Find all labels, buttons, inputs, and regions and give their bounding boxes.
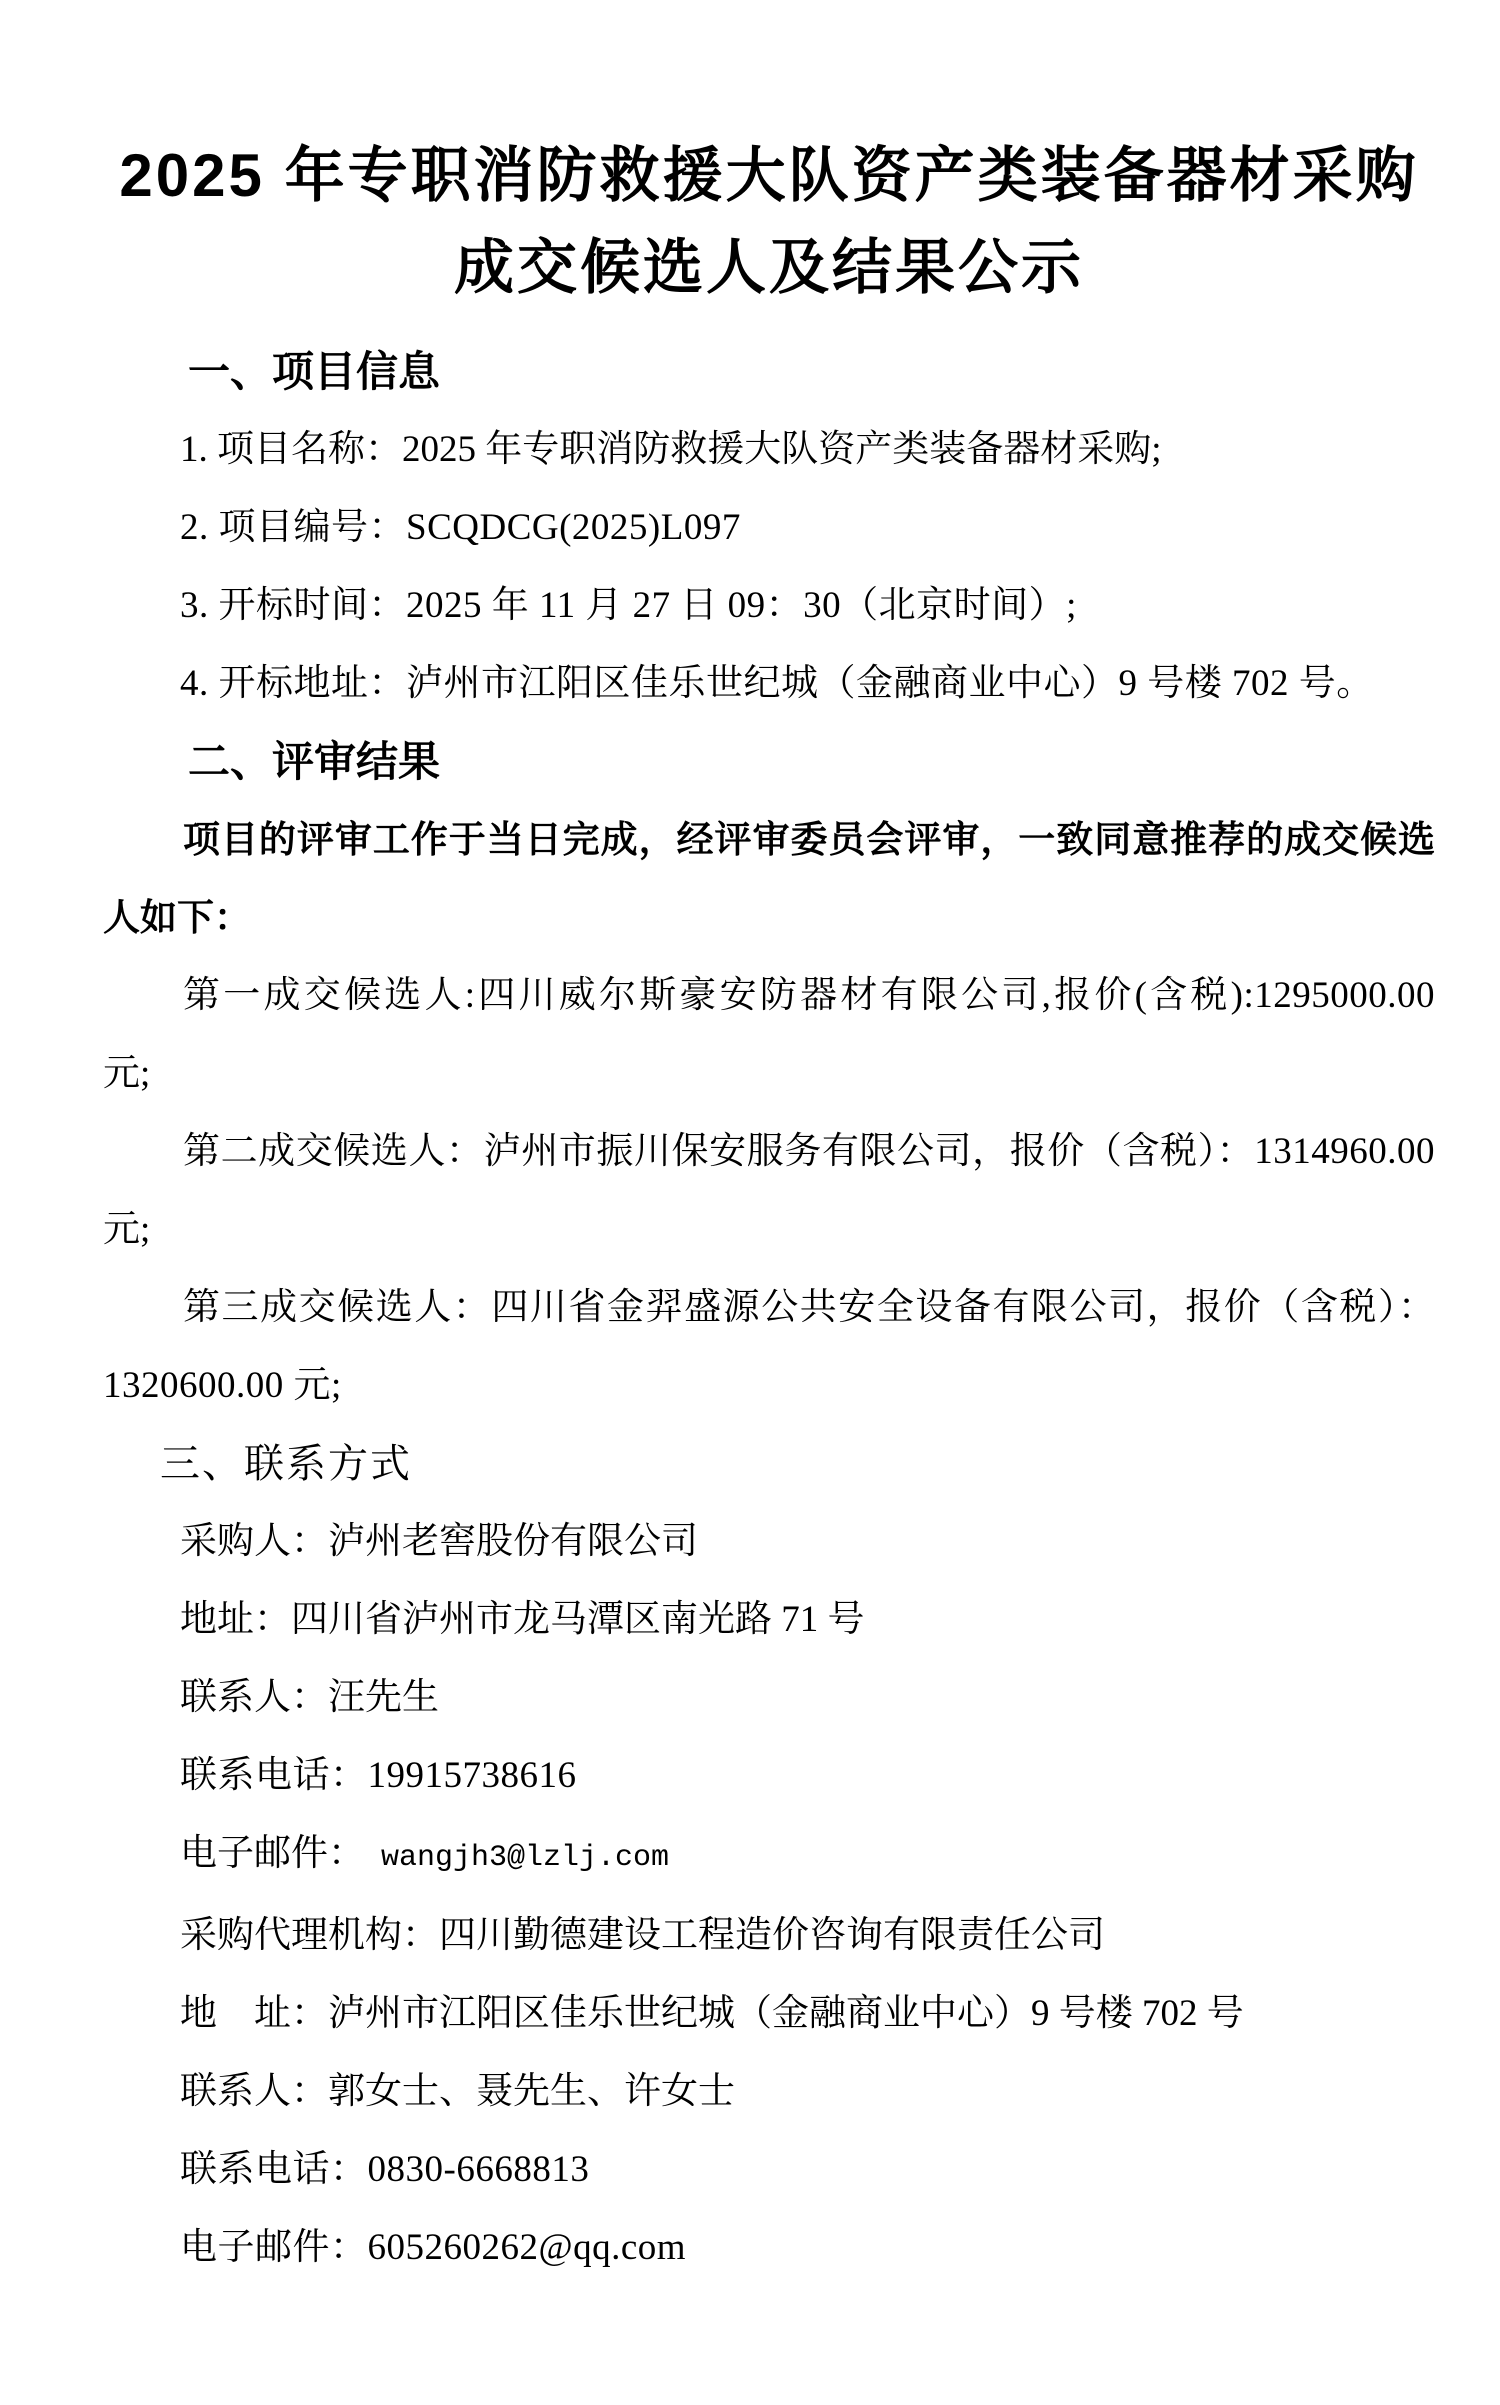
agency-contact-person-label: 联系人： [180,2071,328,2112]
purchaser-email-line: 电子邮件：wangjh3@lzlj.com [103,1815,1435,1897]
section-heading-review-result: 二、评审结果 [103,723,1435,801]
section-heading-contact: 三、联系方式 [103,1425,1435,1503]
purchaser-address-value: 四川省泸州市龙马潭区南光路 71 号 [291,1599,865,1640]
purchaser-email-label: 电子邮件： [180,1833,365,1874]
candidate-3-line-1: 第三成交候选人：四川省金羿盛源公共安全设备有限公司，报价（含税）： [103,1269,1435,1347]
purchaser-email-value: wangjh3@lzlj.com [381,1841,669,1875]
agency-phone-label: 联系电话： [180,2149,368,2190]
agency-contact-person-value: 郭女士、聂先生、许女士 [328,2071,735,2112]
purchaser-phone-value: 19915738616 [368,1755,577,1796]
purchaser-phone-label: 联系电话： [180,1755,368,1796]
review-intro-line-2: 人如下： [103,879,1435,957]
agency-address-line: 地 址：泸州市江阳区佳乐世纪城（金融商业中心）9 号楼 702 号 [103,1975,1435,2053]
candidate-3-line-2: 1320600.00 元; [103,1347,1435,1425]
project-number-line: 2. 项目编号：SCQDCG(2025)L097 [103,489,1435,567]
agency-name-label: 采购代理机构： [180,1915,439,1956]
purchaser-phone-line: 联系电话：19915738616 [103,1737,1435,1815]
project-name-line: 1. 项目名称：2025 年专职消防救援大队资产类装备器材采购; [103,411,1435,489]
agency-phone-value: 0830-6668813 [368,2149,590,2190]
candidate-2-line-1: 第二成交候选人：泸州市振川保安服务有限公司，报价（含税）：1314960.00 [103,1113,1435,1191]
section-heading-project-info: 一、项目信息 [103,333,1435,411]
purchaser-address-label: 地址： [180,1599,291,1640]
agency-phone-line: 联系电话：0830-6668813 [103,2131,1435,2209]
candidate-1-line-1: 第一成交候选人:四川威尔斯豪安防器材有限公司,报价(含税):1295000.00 [103,957,1435,1035]
bid-opening-address-line: 4. 开标地址：泸州市江阳区佳乐世纪城（金融商业中心）9 号楼 702 号。 [103,645,1435,723]
document-title: 2025 年专职消防救援大队资产类装备器材采购成交候选人及结果公示 [103,130,1435,314]
agency-address-label: 地 址： [180,1993,328,2034]
purchaser-contact-person-line: 联系人：汪先生 [103,1659,1435,1737]
title-line-2: 成交候选人及结果公示 [454,234,1084,301]
agency-email-value: 605260262@qq.com [368,2227,687,2268]
agency-contact-person-line: 联系人：郭女士、聂先生、许女士 [103,2053,1435,2131]
document-content: 2025 年专职消防救援大队资产类装备器材采购成交候选人及结果公示 一、项目信息… [0,130,1500,2287]
purchaser-address-line: 地址：四川省泸州市龙马潭区南光路 71 号 [103,1581,1435,1659]
review-intro-line-1: 项目的评审工作于当日完成，经评审委员会评审，一致同意推荐的成交候选 [103,801,1435,879]
agency-name-value: 四川勤德建设工程造价咨询有限责任公司 [439,1915,1105,1956]
announcement-document: 2025 年专职消防救援大队资产类装备器材采购成交候选人及结果公示 一、项目信息… [0,0,1500,2405]
candidate-1-line-2: 元; [103,1035,1435,1113]
title-line-1: 2025 年专职消防救援大队资产类装备器材采购 [119,142,1418,209]
agency-name-line: 采购代理机构：四川勤德建设工程造价咨询有限责任公司 [103,1897,1435,1975]
bid-opening-time-line: 3. 开标时间：2025 年 11 月 27 日 09：30（北京时间）; [103,567,1435,645]
purchaser-name-label: 采购人： [180,1521,328,1562]
agency-email-label: 电子邮件： [180,2227,368,2268]
purchaser-contact-person-value: 汪先生 [328,1677,439,1718]
purchaser-name-value: 泸州老窖股份有限公司 [328,1521,698,1562]
purchaser-contact-person-label: 联系人： [180,1677,328,1718]
agency-email-line: 电子邮件：605260262@qq.com [103,2209,1435,2287]
purchaser-name-line: 采购人：泸州老窖股份有限公司 [103,1503,1435,1581]
agency-address-value: 泸州市江阳区佳乐世纪城（金融商业中心）9 号楼 702 号 [328,1993,1244,2034]
candidate-2-line-2: 元; [103,1191,1435,1269]
